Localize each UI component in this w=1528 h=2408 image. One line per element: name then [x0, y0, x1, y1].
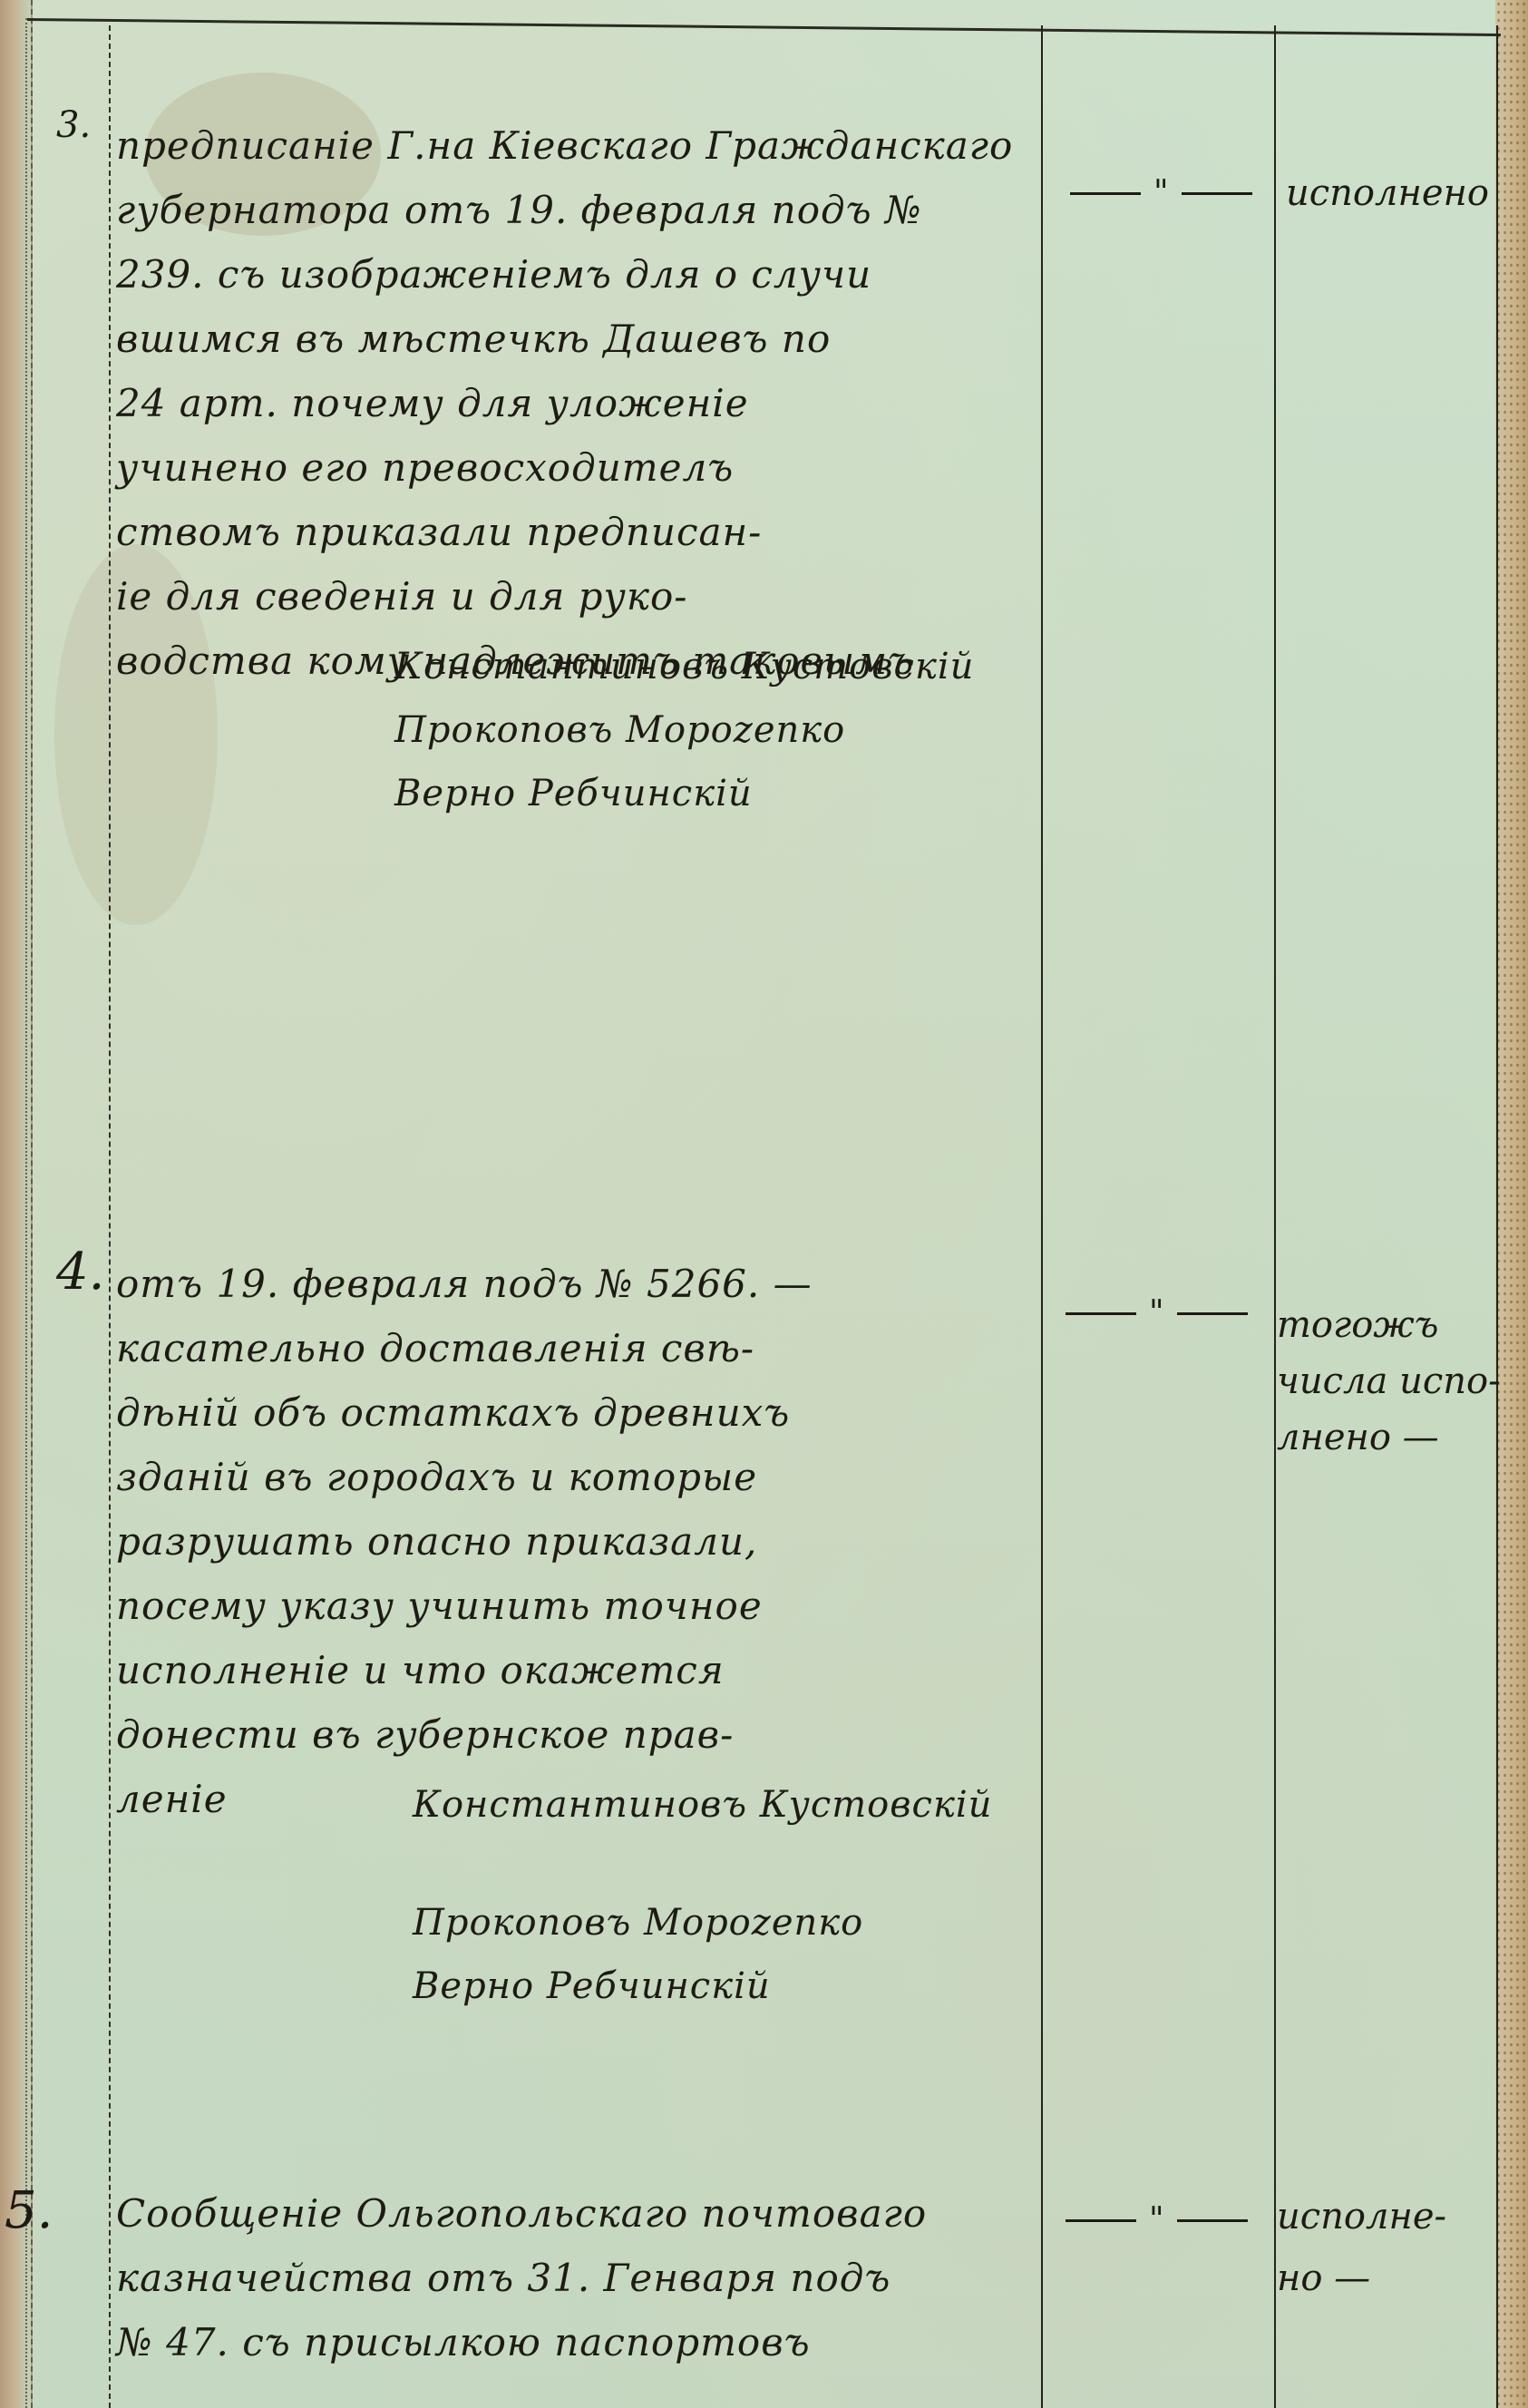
ditto-mark: " — [1070, 177, 1252, 210]
entry-line: вшимся въ мѣстечкѣ Дашевъ по — [116, 307, 1013, 371]
entry-line: отъ 19. февраля подъ № 5266. — — [116, 1252, 813, 1316]
top-rule — [27, 18, 1501, 36]
entry-line: предписаніе Г.на Кіевскаго Гражданскаго — [116, 113, 1013, 178]
entry-line: № 47. съ присылкою паспортовъ — [116, 2310, 927, 2374]
entry-number: 4. — [56, 1243, 104, 1301]
entry-line: касательно доставленія свѣ- — [116, 1316, 813, 1380]
left-margin-rule — [25, 18, 27, 2408]
entry-line: 239. съ изображеніемъ для о случи — [116, 242, 1013, 307]
entry-body: отъ 19. февраля подъ № 5266. — касательн… — [116, 1252, 813, 1831]
resolution-note: тогожъ числа испо- лнено — — [1277, 1297, 1501, 1466]
signature: Константиновъ Кустовскій — [413, 1773, 992, 1837]
signature: Верно Ребчинскій — [413, 1955, 863, 2018]
signature: Константиновъ Кустовскій — [394, 635, 974, 698]
column-divider-ditto — [1274, 25, 1276, 2408]
signature-block: Константиновъ Кустовскій Прокоповъ Мороz… — [394, 635, 974, 825]
entry-number: 5. — [5, 2181, 53, 2240]
entry-line: дѣній объ остаткахъ древнихъ — [116, 1380, 813, 1445]
entry-line: казначейства отъ 31. Генваря подъ — [116, 2246, 927, 2310]
entry-line: губернатора отъ 19. февраля подъ № — [116, 178, 1013, 242]
entry-line: зданій въ городахъ и которые — [116, 1445, 813, 1509]
signature-block: Прокоповъ Мороzenко Верно Ребчинскій — [413, 1891, 863, 2018]
signature: Прокоповъ Мороzenко — [394, 698, 974, 762]
entry-line: ствомъ приказали предписан- — [116, 500, 1013, 564]
entry-line: посему указу учинить точное — [116, 1574, 813, 1638]
signature: Верно Ребчинскій — [394, 762, 974, 825]
resolution-note: исполнено — [1286, 172, 1489, 214]
resolution-note: исполне- но — — [1277, 2186, 1446, 2309]
entry-number: 3. — [56, 104, 91, 146]
ditto-mark: " — [1066, 1297, 1248, 1330]
dash — [1066, 2219, 1136, 2222]
column-divider-right — [1496, 25, 1498, 2408]
entry-line: исполненіе и что окажется — [116, 1638, 813, 1702]
dash — [1177, 1312, 1248, 1315]
dash — [1177, 2219, 1248, 2222]
ledger-page: 3. предписаніе Г.на Кіевскаго Гражданска… — [0, 0, 1528, 2408]
entry-body: предписаніе Г.на Кіевскаго Гражданскаго … — [116, 113, 1013, 693]
torn-left-edge — [0, 0, 33, 2408]
stained-binding-edge — [1495, 0, 1528, 2408]
signature-block: Константиновъ Кустовскій — [413, 1773, 992, 1837]
dash — [1066, 1312, 1136, 1315]
signature: Прокоповъ Мороzenко — [413, 1891, 863, 1955]
dash — [1182, 192, 1252, 195]
ditto-mark: " — [1066, 2204, 1248, 2237]
entry-line: донести въ губернское прав- — [116, 1702, 813, 1767]
dash — [1070, 192, 1141, 195]
entry-line: разрушать опасно приказали, — [116, 1509, 813, 1574]
entry-body: Сообщеніе Ольгопольскаго почтоваго казна… — [116, 2181, 927, 2374]
column-divider-number — [109, 25, 111, 2408]
entry-line: Сообщеніе Ольгопольскаго почтоваго — [116, 2181, 927, 2246]
column-divider-content — [1041, 25, 1043, 2408]
entry-line: іе для сведенія и для руко- — [116, 564, 1013, 629]
entry-line: 24 арт. почему для уложеніе — [116, 371, 1013, 435]
entry-line: учинено его превосходителъ — [116, 435, 1013, 500]
